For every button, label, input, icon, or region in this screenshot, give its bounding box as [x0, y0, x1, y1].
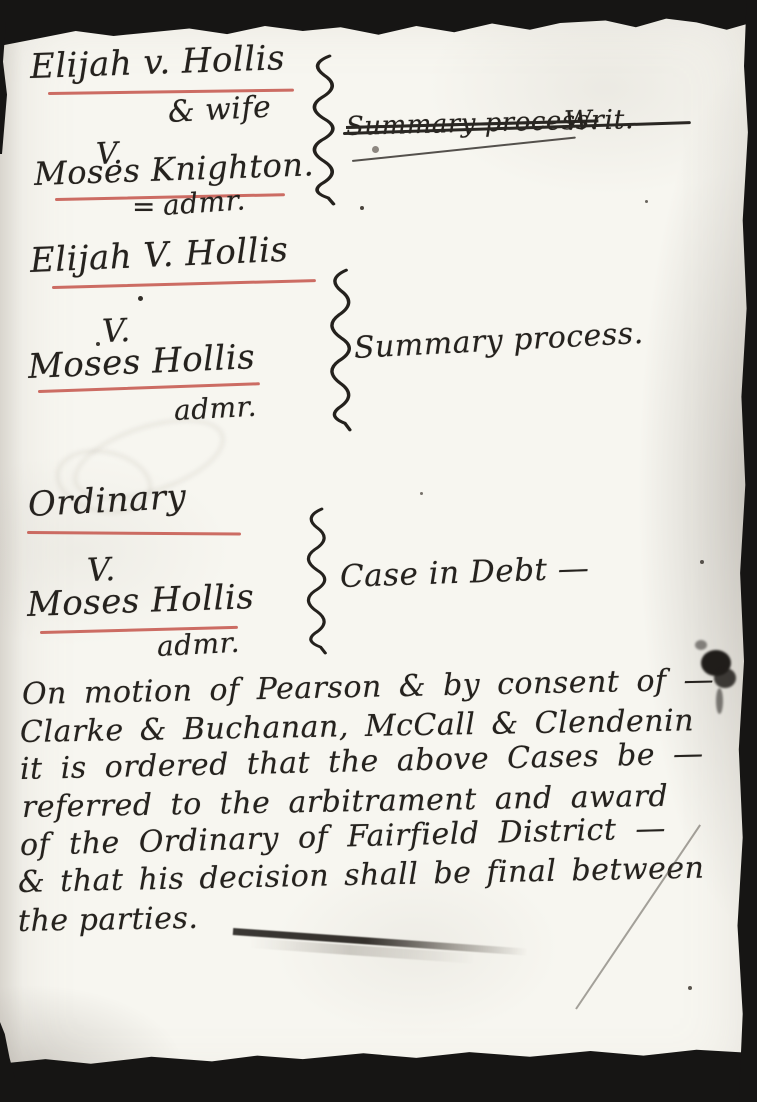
- ink-speck: [700, 560, 704, 564]
- ink-speck: [645, 200, 648, 203]
- order-line: the parties.: [18, 904, 199, 937]
- case-action-struck: Summary process.: [346, 107, 599, 140]
- case-action-note: Writ.: [564, 106, 635, 135]
- defendant-note: admr.: [173, 393, 257, 425]
- ink-speck: [420, 492, 423, 495]
- case-brace-squiggle: [306, 54, 340, 206]
- defendant-name: Moses Hollis: [26, 580, 254, 622]
- defendant-name: Moses Hollis: [27, 340, 256, 384]
- case-brace-squiggle: [324, 268, 356, 432]
- ink-blot-drip: [716, 688, 723, 714]
- ditto-mark: =: [132, 193, 156, 221]
- ink-speck: [360, 206, 364, 210]
- plaintiff-name: Ordinary: [27, 480, 187, 522]
- defendant-note: admr.: [156, 629, 240, 661]
- plaintiff-note: & wife: [167, 93, 272, 128]
- ink-blot: [695, 640, 707, 650]
- ink-speck: [138, 296, 143, 301]
- ink-blot: [714, 668, 736, 688]
- case-brace-squiggle: [301, 507, 331, 655]
- ink-speck: [688, 986, 692, 990]
- ink-speck: [372, 146, 379, 153]
- defendant-note: admr.: [162, 186, 247, 220]
- defendant-name: Moses Knighton.: [33, 148, 314, 190]
- ink-speck: [96, 342, 100, 346]
- case-action: Case in Debt —: [339, 553, 589, 593]
- plaintiff-name: Elijah V. Hollis: [29, 233, 289, 278]
- plaintiff-name: Elijah v. Hollis: [29, 41, 285, 84]
- scanned-document: Elijah v. Hollis & wife V. Moses Knighto…: [0, 0, 757, 1102]
